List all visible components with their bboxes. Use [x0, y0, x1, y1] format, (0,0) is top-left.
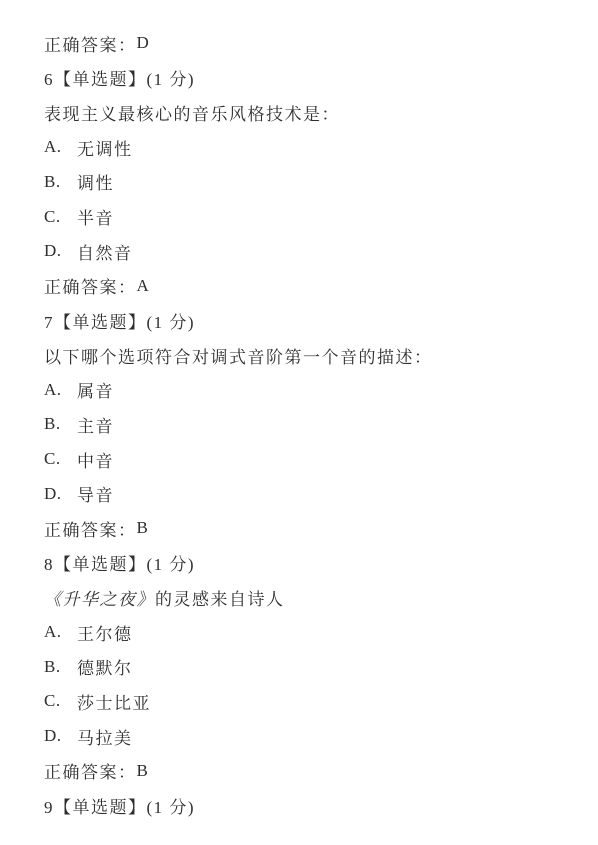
quiz-document: 正确答案：D 6【单选题】(1 分) 表现主义最核心的音乐风格技术是： A.无调…: [0, 0, 598, 845]
question-7-option-a: A.属音: [44, 372, 578, 407]
option-text: 无调性: [77, 135, 133, 160]
question-8-answer: 正确答案：B: [44, 753, 578, 788]
question-6-header: 6【单选题】(1 分): [44, 61, 578, 96]
answer-label: 正确答案：: [44, 516, 137, 541]
question-8-option-d: D.马拉美: [44, 719, 578, 754]
work-title: 《升华之夜》: [44, 585, 155, 610]
answer-letter: B: [137, 761, 150, 781]
option-text: 调性: [77, 169, 114, 194]
question-7-header: 7【单选题】(1 分): [44, 303, 578, 338]
question-7-option-c: C.中音: [44, 442, 578, 477]
question-6-option-d: D.自然音: [44, 234, 578, 269]
answer-label: 正确答案：: [44, 273, 137, 298]
option-text: 马拉美: [77, 724, 133, 749]
answer-label: 正确答案：: [44, 31, 137, 56]
option-letter: B.: [44, 414, 77, 434]
answer-letter: B: [137, 518, 150, 538]
option-text: 主音: [77, 412, 114, 437]
option-letter: C.: [44, 207, 77, 227]
option-letter: A.: [44, 380, 77, 400]
question-9-header: 9【单选题】(1 分): [44, 788, 578, 823]
answer-letter: A: [137, 276, 151, 296]
stem-rest: 的灵感来自诗人: [155, 585, 285, 610]
option-text: 属音: [77, 377, 114, 402]
option-letter: D.: [44, 484, 77, 504]
question-7-stem: 以下哪个选项符合对调式音阶第一个音的描述：: [44, 338, 578, 373]
question-6-option-c: C.半音: [44, 199, 578, 234]
option-text: 德默尔: [77, 654, 133, 679]
option-letter: C.: [44, 691, 77, 711]
option-letter: A.: [44, 622, 77, 642]
question-6-answer: 正确答案：A: [44, 268, 578, 303]
option-text: 中音: [77, 447, 114, 472]
option-letter: B.: [44, 172, 77, 192]
answer-label: 正确答案：: [44, 758, 137, 783]
correct-answer-line: 正确答案：D: [44, 26, 578, 61]
option-text: 自然音: [77, 239, 133, 264]
question-8-option-b: B.德默尔: [44, 650, 578, 685]
question-8-header: 8【单选题】(1 分): [44, 546, 578, 581]
option-letter: C.: [44, 449, 77, 469]
option-text: 导音: [77, 481, 114, 506]
question-7-answer: 正确答案：B: [44, 511, 578, 546]
question-8-option-a: A.王尔德: [44, 615, 578, 650]
option-letter: B.: [44, 657, 77, 677]
option-text: 王尔德: [77, 620, 133, 645]
option-letter: D.: [44, 726, 77, 746]
question-7-option-b: B.主音: [44, 407, 578, 442]
option-text: 半音: [77, 204, 114, 229]
question-6-option-a: A.无调性: [44, 130, 578, 165]
option-text: 莎士比亚: [77, 689, 151, 714]
option-letter: D.: [44, 241, 77, 261]
question-8-stem: 《升华之夜》的灵感来自诗人: [44, 580, 578, 615]
answer-letter: D: [137, 33, 151, 53]
question-8-option-c: C.莎士比亚: [44, 684, 578, 719]
question-6-stem: 表现主义最核心的音乐风格技术是：: [44, 95, 578, 130]
option-letter: A.: [44, 137, 77, 157]
question-6-option-b: B.调性: [44, 165, 578, 200]
question-7-option-d: D.导音: [44, 476, 578, 511]
